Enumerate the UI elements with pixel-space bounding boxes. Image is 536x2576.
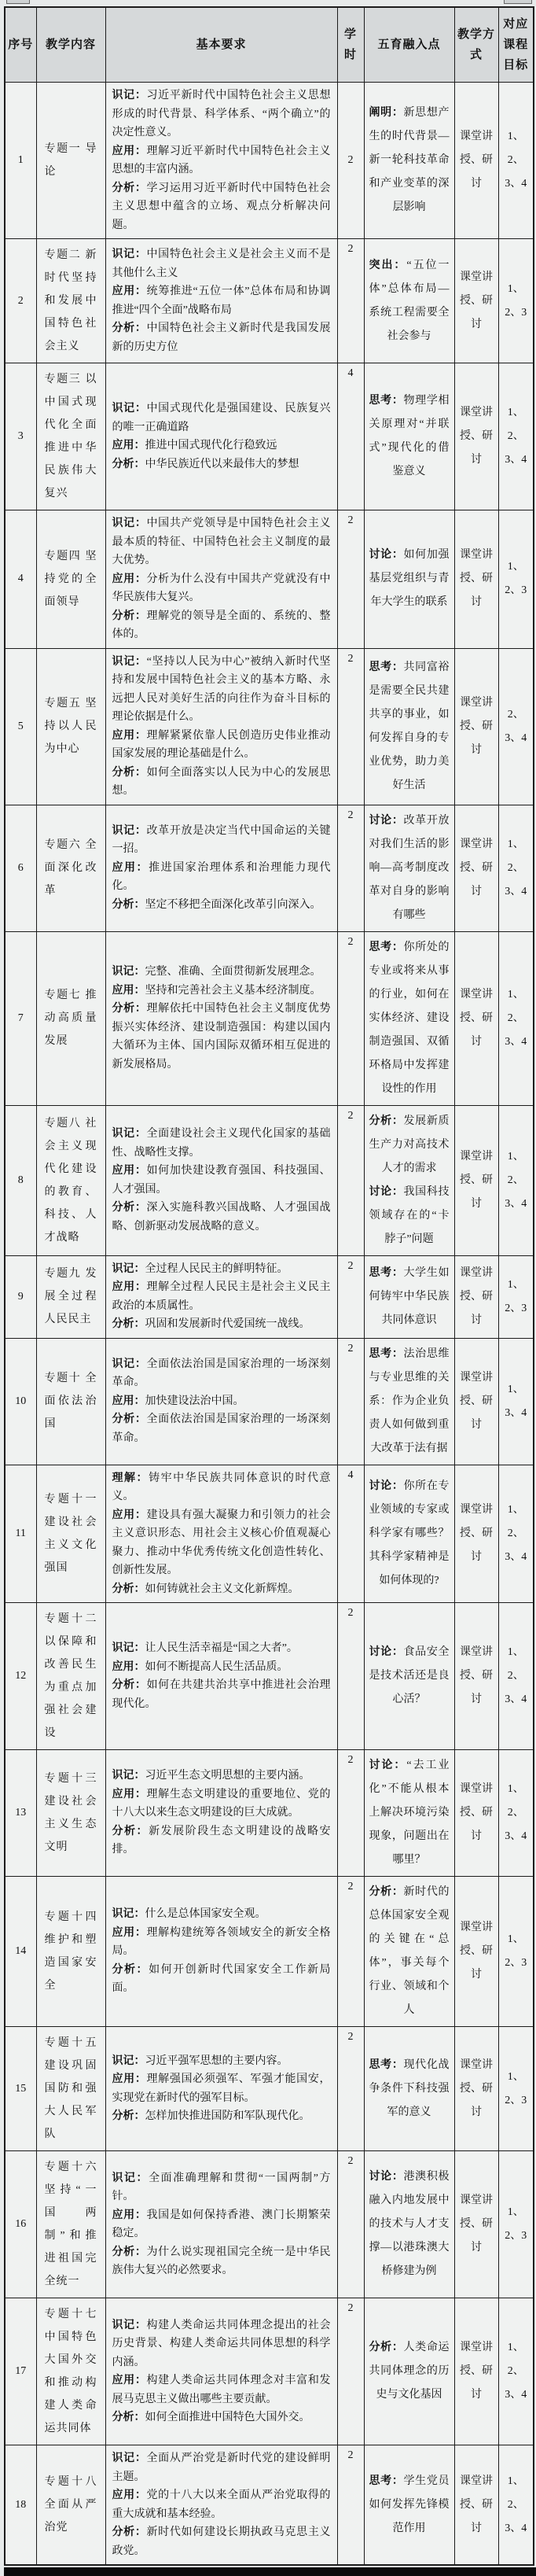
- topic-cell: 专题十一 建设社会主义文化强国: [36, 1465, 105, 1603]
- row-number-cell: 15: [5, 2027, 36, 2151]
- hours-cell: 2: [337, 1255, 364, 1338]
- header-serial-number: 序号: [5, 7, 36, 83]
- method-cell: 课堂讲授、研讨: [454, 363, 498, 510]
- row-number-cell: 12: [5, 1603, 36, 1750]
- topic-cell: 专题七 推动高质量发展: [36, 931, 105, 1105]
- method-cell: 课堂讲授、研讨: [454, 1105, 498, 1255]
- method-cell: 课堂讲授、研讨: [454, 2298, 498, 2445]
- five-edu-item: 突出：“五位一体”总体布局—系统工程需要全社会参与: [369, 254, 450, 348]
- method-cell: 课堂讲授、研讨: [454, 510, 498, 649]
- row-number-cell: 7: [5, 931, 36, 1105]
- hours-cell: 2: [337, 931, 364, 1105]
- requirements-cell: 识记：让人民生活幸福是“国之大者”。应用：如何不断提高人民生活品质。分析：如何在…: [105, 1603, 337, 1750]
- requirement-item: 分析：中国特色社会主义新时代是我国发展新的历史方位: [112, 319, 331, 356]
- requirement-item: 识记：习近平生态文明思想的主要内涵。: [112, 1767, 331, 1786]
- five-edu-item: 思考：大学生如何铸牢中华民族共同体意识: [369, 1262, 450, 1332]
- requirement-item: 识记：全面依法治国是国家治理的一场深刻革命。: [112, 1355, 331, 1392]
- topic-cell: 专题十四 维护和塑造国家安全: [36, 1877, 105, 2027]
- five-edu-cell: 分析：发展新质生产力对高技术人才的需求讨论：我国科技领域存在的“卡脖子”问题: [364, 1105, 454, 1255]
- requirement-item: 识记：习近平强军思想的主要内容。: [112, 2052, 331, 2071]
- topic-cell: 专题十八 全面从严治党: [36, 2445, 105, 2566]
- requirement-item: 应用：构建人类命运共同体理念对丰富和发展马克思主义做出哪些主要贡献。: [112, 2371, 331, 2408]
- hours-cell: 2: [337, 1105, 364, 1255]
- five-edu-cell: 讨论：“去工业化”不能从根本上解决环境污染现象，问题出在哪里？: [364, 1750, 454, 1877]
- header-teaching-content: 教学内容: [36, 7, 105, 83]
- requirement-item: 分析：新时代如何建设长期执政马克思主义政党。: [112, 2523, 331, 2560]
- requirement-item: 应用：坚持和完善社会主义基本经济制度。: [112, 982, 331, 1001]
- method-cell: 课堂讲授、研讨: [454, 648, 498, 805]
- requirements-cell: 识记：全面准确理解和贯彻“一国两制”方针。应用：我国是如何保持香港、澳门长期繁荣…: [105, 2151, 337, 2298]
- five-edu-item: 思考：学生党员如何发挥先锋模范作用: [369, 2470, 450, 2541]
- hours-cell: 2: [337, 1750, 364, 1877]
- requirement-item: 识记：“坚持以人民为中心”被纳入新时代坚持和发展中国特色社会主义的基本方略、永远…: [112, 653, 331, 727]
- five-edu-item: 思考：你所处的专业或将来从事的行业，如何在实体经济、建设制造强国、双循环格局中发…: [369, 936, 450, 1101]
- topic-cell: 专题六 全面深化改革: [36, 805, 105, 931]
- topic-cell: 专题十三 建设社会主义生态文明: [36, 1750, 105, 1877]
- requirements-cell: 识记：什么是总体国家安全观。应用：理解构建统筹各领域安全的新安全格局。分析：如何…: [105, 1877, 337, 2027]
- five-edu-item: 分析：人类命运共同体理念的历史与文化基因: [369, 2336, 450, 2407]
- five-edu-cell: 思考：法治思维与专业思维的关系：作为企业负责人如何做到重大改革于法有据: [364, 1338, 454, 1465]
- requirement-item: 应用：如何加快建设教育强国、科技强国、人才强国。: [112, 1162, 331, 1199]
- requirement-item: 识记：全过程人民民主的鲜明特征。: [112, 1260, 331, 1279]
- table-row: 14专题十四 维护和塑造国家安全识记：什么是总体国家安全观。应用：理解构建统筹各…: [5, 1877, 534, 2027]
- row-number-cell: 4: [5, 510, 36, 649]
- method-cell: 课堂讲授、研讨: [454, 2151, 498, 2298]
- table-row: 2专题二 新时代坚持和发展中国特色社会主义识记：中国特色社会主义是社会主义而不是…: [5, 239, 534, 363]
- requirement-item: 应用：分析为什么没有中国共产党就没有中华民族伟大复兴。: [112, 570, 331, 607]
- requirement-item: 应用：统筹推进“五位一体”总体布局和协调推进“四个全面”战略布局: [112, 282, 331, 319]
- goals-cell: 1、2、3: [498, 2027, 534, 2151]
- scanned-syllabus-page: 序号 教学内容 基本要求 学时 五育融入点 教学方式 对应课程目标 1专题一 导…: [0, 0, 536, 2576]
- topic-cell: 专题五 坚持以人民为中心: [36, 648, 105, 805]
- goals-cell: 1、2、3、4: [498, 1750, 534, 1877]
- requirement-item: 应用：理解习近平新时代中国特色社会主义思想的丰富内涵。: [112, 142, 331, 179]
- requirement-item: 应用：理解生态文明建设的重要地位、党的十八大以来生态文明建设的巨大成就。: [112, 1786, 331, 1822]
- header-course-goals: 对应课程目标: [498, 7, 534, 83]
- requirement-item: 应用：我国是如何保持香港、澳门长期繁荣稳定。: [112, 2206, 331, 2243]
- requirement-item: 识记：让人民生活幸福是“国之大者”。: [112, 1639, 331, 1658]
- requirements-cell: 识记：全面建设社会主义现代化国家的基础性、战略性支撑。应用：如何加快建设教育强国…: [105, 1105, 337, 1255]
- table-row: 9专题九 发展全过程人民民主识记：全过程人民民主的鲜明特征。应用：理解全过程人民…: [5, 1255, 534, 1338]
- hours-cell: 2: [337, 1877, 364, 2027]
- requirement-item: 分析：如何全面落实以人民为中心的发展思想。: [112, 764, 331, 801]
- requirement-item: 应用：加快建设法治中国。: [112, 1392, 331, 1411]
- requirements-cell: 识记：中国式现代化是强国建设、民族复兴的唯一正确道路应用：推进中国式现代化行稳致…: [105, 363, 337, 510]
- goals-cell: 1、2、3: [498, 239, 534, 363]
- requirement-item: 分析：如何全面推进中国特色大国外交。: [112, 2408, 331, 2427]
- five-edu-item: 讨论：“去工业化”不能从根本上解决环境污染现象，问题出在哪里？: [369, 1754, 450, 1872]
- five-edu-cell: 思考：共同富裕是需要全民共建共享的事业，如何发挥自身的专业优势，助力美好生活: [364, 648, 454, 805]
- requirement-item: 应用：推进国家治理体系和治理能力现代化。: [112, 859, 331, 896]
- five-edu-cell: 突出：“五位一体”总体布局—系统工程需要全社会参与: [364, 239, 454, 363]
- five-edu-item: 思考：现代化战争条件下科技强军的意义: [369, 2054, 450, 2125]
- goals-cell: 1、2、3、4: [498, 2445, 534, 2566]
- row-number-cell: 6: [5, 805, 36, 931]
- requirements-cell: 识记：习近平生态文明思想的主要内涵。应用：理解生态文明建设的重要地位、党的十八大…: [105, 1750, 337, 1877]
- five-edu-cell: 思考：现代化战争条件下科技强军的意义: [364, 2027, 454, 2151]
- hours-cell: 2: [337, 1603, 364, 1750]
- five-edu-cell: 思考：你所处的专业或将来从事的行业，如何在实体经济、建设制造强国、双循环格局中发…: [364, 931, 454, 1105]
- topic-cell: 专题十 全面依法治国: [36, 1338, 105, 1465]
- five-edu-cell: 思考：大学生如何铸牢中华民族共同体意识: [364, 1255, 454, 1338]
- method-cell: 课堂讲授、研讨: [454, 931, 498, 1105]
- table-row: 10专题十 全面依法治国识记：全面依法治国是国家治理的一场深刻革命。应用：加快建…: [5, 1338, 534, 1465]
- requirement-item: 应用：理解全过程人民民主是社会主义民主政治的本质属性。: [112, 1278, 331, 1315]
- table-row: 4专题四 坚持党的全面领导识记：中国共产党领导是中国特色社会主义最本质的特征、中…: [5, 510, 534, 649]
- five-edu-item: 阐明：新思想产生的时代背景—新一轮科技革命和产业变革的深层影响: [369, 101, 450, 219]
- requirement-item: 识记：中国共产党领导是中国特色社会主义最本质的特征、中国特色社会主义制度的最大优…: [112, 514, 331, 570]
- requirement-item: 分析：学习运用习近平新时代中国特色社会主义思想中蕴含的立场、观点分析解决问题。: [112, 179, 331, 235]
- goals-cell: 1、2、3、4: [498, 2298, 534, 2445]
- header-teaching-method: 教学方式: [454, 7, 498, 83]
- hours-cell: 2: [337, 2298, 364, 2445]
- requirement-item: 识记：什么是总体国家安全观。: [112, 1905, 331, 1924]
- five-edu-cell: 阐明：新思想产生的时代背景—新一轮科技革命和产业变革的深层影响: [364, 83, 454, 239]
- five-edu-item: 讨论：改革开放对我们生活的影响—高考制度改革对自身的影响有哪些: [369, 809, 450, 927]
- goals-cell: 1、2、3: [498, 510, 534, 649]
- requirement-item: 应用：党的十八大以来全面从严治党取得的重大成就和基本经验。: [112, 2486, 331, 2523]
- header-row: 序号 教学内容 基本要求 学时 五育融入点 教学方式 对应课程目标: [5, 7, 534, 83]
- goals-cell: 1、2、3、4: [498, 931, 534, 1105]
- topic-cell: 专题十六 坚持“一国两制”和推进祖国完全统一: [36, 2151, 105, 2298]
- requirement-item: 分析：巩固和发展新时代爱国统一战线。: [112, 1315, 331, 1334]
- five-edu-item: 思考：法治思维与专业思维的关系：作为企业负责人如何做到重大改革于法有据: [369, 1343, 450, 1461]
- five-edu-cell: 分析：新时代的总体国家安全观的关键在“总体”，事关每个行业、领域和个人: [364, 1877, 454, 2027]
- requirement-item: 识记：改革开放是决定当代中国命运的关键一招。: [112, 822, 331, 859]
- requirement-item: 识记：中国特色社会主义是社会主义而不是其他什么主义: [112, 245, 331, 282]
- five-edu-cell: 思考：学生党员如何发挥先锋模范作用: [364, 2445, 454, 2566]
- five-edu-item: 讨论：如何加强基层党组织与青年大学生的联系: [369, 544, 450, 614]
- requirements-cell: 识记：全面从严治党是新时代党的建设鲜明主题。应用：党的十八大以来全面从严治党取得…: [105, 2445, 337, 2566]
- requirements-cell: 识记：全过程人民民主的鲜明特征。应用：理解全过程人民民主是社会主义民主政治的本质…: [105, 1255, 337, 1338]
- five-edu-item: 讨论：你所在专业领域的专家或科学家有哪些？其科学家精神是如何体现的?: [369, 1475, 450, 1593]
- five-edu-cell: 讨论：食品安全是技术活还是良心活？: [364, 1603, 454, 1750]
- hours-cell: 2: [337, 805, 364, 931]
- method-cell: 课堂讲授、研讨: [454, 1603, 498, 1750]
- row-number-cell: 11: [5, 1465, 36, 1603]
- hours-cell: 2: [337, 83, 364, 239]
- method-cell: 课堂讲授、研讨: [454, 1338, 498, 1465]
- header-basic-requirements: 基本要求: [105, 7, 337, 83]
- requirement-item: 分析：如何铸就社会主义文化新辉煌。: [112, 1580, 331, 1599]
- topic-cell: 专题十七 中国特色大国外交和推动构建人类命运共同体: [36, 2298, 105, 2445]
- method-cell: 课堂讲授、研讨: [454, 2445, 498, 2566]
- hours-cell: 2: [337, 510, 364, 649]
- requirements-cell: 识记：完整、准确、全面贯彻新发展理念。应用：坚持和完善社会主义基本经济制度。分析…: [105, 931, 337, 1105]
- hours-cell: 2: [337, 1338, 364, 1465]
- five-edu-cell: 讨论：你所在专业领域的专家或科学家有哪些？其科学家精神是如何体现的?: [364, 1465, 454, 1603]
- goals-cell: 2、3、4: [498, 648, 534, 805]
- method-cell: 课堂讲授、研讨: [454, 2027, 498, 2151]
- table-row: 8专题八 社会主义现代化建设的教育、科技、人才战略识记：全面建设社会主义现代化国…: [5, 1105, 534, 1255]
- syllabus-table: 序号 教学内容 基本要求 学时 五育融入点 教学方式 对应课程目标 1专题一 导…: [4, 6, 534, 2566]
- five-edu-item: 讨论：港澳积极融入内地发展中的技术与人才支撑—以港珠澳大桥修建为例: [369, 2165, 450, 2283]
- goals-cell: 1、2、3、4: [498, 1465, 534, 1603]
- requirement-item: 应用：建设具有强大凝聚力和引领力的社会主义意识形态、用社会主义核心价值观凝心聚力…: [112, 1506, 331, 1580]
- hours-cell: 2: [337, 2027, 364, 2151]
- hours-cell: 2: [337, 2151, 364, 2298]
- table-row: 11专题十一 建设社会主义文化强国理解：铸牢中华民族共同体意识的时代意义。应用：…: [5, 1465, 534, 1603]
- requirements-cell: 识记：中国共产党领导是中国特色社会主义最本质的特征、中国特色社会主义制度的最大优…: [105, 510, 337, 649]
- requirements-cell: 识记：构建人类命运共同体理念提出的社会历史背景、构建人类命运共同体思想的科学内涵…: [105, 2298, 337, 2445]
- hours-cell: 2: [337, 2445, 364, 2566]
- requirement-item: 识记：全面建设社会主义现代化国家的基础性、战略性支撑。: [112, 1125, 331, 1162]
- requirement-item: 识记：全面准确理解和贯彻“一国两制”方针。: [112, 2169, 331, 2206]
- page-top-remnant-left: [6, 0, 30, 4]
- goals-cell: 1、2、3、4: [498, 1105, 534, 1255]
- topic-cell: 专题九 发展全过程人民民主: [36, 1255, 105, 1338]
- requirement-item: 应用：理解紧紧依靠人民创造历史伟业推动国家发展的理论基础是什么。: [112, 727, 331, 764]
- method-cell: 课堂讲授、研讨: [454, 805, 498, 931]
- goals-cell: 1、2、3: [498, 1255, 534, 1338]
- row-number-cell: 17: [5, 2298, 36, 2445]
- hours-cell: 2: [337, 239, 364, 363]
- requirement-item: 应用：理解构建统筹各领域安全的新安全格局。: [112, 1924, 331, 1961]
- requirement-item: 分析：如何开创新时代国家安全工作新局面。: [112, 1961, 331, 1998]
- requirement-item: 分析：新发展阶段生态文明建设的战略安排。: [112, 1822, 331, 1859]
- table-row: 6专题六 全面深化改革识记：改革开放是决定当代中国命运的关键一招。应用：推进国家…: [5, 805, 534, 931]
- table-header: 序号 教学内容 基本要求 学时 五育融入点 教学方式 对应课程目标: [5, 7, 534, 83]
- topic-cell: 专题三 以中国式现代化全面推进中华民族伟大复兴: [36, 363, 105, 510]
- table-row: 13专题十三 建设社会主义生态文明识记：习近平生态文明思想的主要内涵。应用：理解…: [5, 1750, 534, 1877]
- goals-cell: 1、2、3、4: [498, 83, 534, 239]
- row-number-cell: 5: [5, 648, 36, 805]
- requirement-item: 应用：推进中国式现代化行稳致远: [112, 437, 331, 455]
- five-edu-cell: 分析：人类命运共同体理念的历史与文化基因: [364, 2298, 454, 2445]
- requirement-item: 分析：坚定不移把全面深化改革引向深入。: [112, 896, 331, 915]
- table-row: 3专题三 以中国式现代化全面推进中华民族伟大复兴识记：中国式现代化是强国建设、民…: [5, 363, 534, 510]
- five-edu-item: 分析：新时代的总体国家安全观的关键在“总体”，事关每个行业、领域和个人: [369, 1881, 450, 2022]
- requirement-item: 分析：理解依托中国特色社会主义制度优势振兴实体经济、建设制造强国：构建以国内大循…: [112, 1000, 331, 1074]
- topic-cell: 专题十二 以保障和改善民生为重点加强社会建设: [36, 1603, 105, 1750]
- goals-cell: 1、3、4: [498, 1338, 534, 1465]
- five-edu-cell: 讨论：港澳积极融入内地发展中的技术与人才支撑—以港珠澳大桥修建为例: [364, 2151, 454, 2298]
- five-edu-cell: 讨论：改革开放对我们生活的影响—高考制度改革对自身的影响有哪些: [364, 805, 454, 931]
- table-row: 1专题一 导论识记：习近平新时代中国特色社会主义思想形成的时代背景、科学体系、“…: [5, 83, 534, 239]
- page-top-remnant-right: [504, 0, 532, 4]
- topic-cell: 专题二 新时代坚持和发展中国特色社会主义: [36, 239, 105, 363]
- five-edu-cell: 讨论：如何加强基层党组织与青年大学生的联系: [364, 510, 454, 649]
- requirement-item: 分析：如何在共建共治共享中推进社会治理现代化。: [112, 1676, 331, 1713]
- topic-cell: 专题一 导论: [36, 83, 105, 239]
- row-number-cell: 13: [5, 1750, 36, 1877]
- row-number-cell: 2: [5, 239, 36, 363]
- five-edu-item: 讨论：我国科技领域存在的“卡脖子”问题: [369, 1181, 450, 1251]
- goals-cell: 1、2、3、4: [498, 363, 534, 510]
- five-edu-item: 思考：物理学相关原理对“并联式”现代化的借鉴意义: [369, 389, 450, 484]
- requirement-item: 识记：构建人类命运共同体理念提出的社会历史背景、构建人类命运共同体思想的科学内涵…: [112, 2316, 331, 2372]
- row-number-cell: 8: [5, 1105, 36, 1255]
- requirements-cell: 识记：改革开放是决定当代中国命运的关键一招。应用：推进国家治理体系和治理能力现代…: [105, 805, 337, 931]
- page-bottom-edge: [4, 2567, 536, 2576]
- five-edu-item: 思考：共同富裕是需要全民共建共享的事业，如何发挥自身的专业优势，助力美好生活: [369, 656, 450, 798]
- requirements-cell: 理解：铸牢中华民族共同体意识的时代意义。应用：建设具有强大凝聚力和引领力的社会主…: [105, 1465, 337, 1603]
- method-cell: 课堂讲授、研讨: [454, 1255, 498, 1338]
- requirement-item: 理解：铸牢中华民族共同体意识的时代意义。: [112, 1469, 331, 1506]
- table-row: 7专题七 推动高质量发展识记：完整、准确、全面贯彻新发展理念。应用：坚持和完善社…: [5, 931, 534, 1105]
- method-cell: 课堂讲授、研讨: [454, 83, 498, 239]
- row-number-cell: 3: [5, 363, 36, 510]
- table-row: 5专题五 坚持以人民为中心识记：“坚持以人民为中心”被纳入新时代坚持和发展中国特…: [5, 648, 534, 805]
- method-cell: 课堂讲授、研讨: [454, 1465, 498, 1603]
- requirement-item: 应用：理解强国必须强军、军强才能国安，实现党在新时代的强军目标。: [112, 2070, 331, 2107]
- header-five-edu-points: 五育融入点: [364, 7, 454, 83]
- requirement-item: 分析：为什么说实现祖国完全统一是中华民族伟大复兴的必然要求。: [112, 2243, 331, 2280]
- five-edu-item: 讨论：食品安全是技术活还是良心活？: [369, 1641, 450, 1712]
- requirements-cell: 识记：全面依法治国是国家治理的一场深刻革命。应用：加快建设法治中国。分析：全面依…: [105, 1338, 337, 1465]
- requirement-item: 分析：全面依法治国是国家治理的一场深刻革命。: [112, 1410, 331, 1447]
- goals-cell: 1、2、3: [498, 2151, 534, 2298]
- table-body: 1专题一 导论识记：习近平新时代中国特色社会主义思想形成的时代背景、科学体系、“…: [5, 83, 534, 2566]
- requirement-item: 分析：怎样加快推进国防和军队现代化。: [112, 2107, 331, 2126]
- hours-cell: 4: [337, 363, 364, 510]
- requirements-cell: 识记：“坚持以人民为中心”被纳入新时代坚持和发展中国特色社会主义的基本方略、永远…: [105, 648, 337, 805]
- row-number-cell: 1: [5, 83, 36, 239]
- table-row: 12专题十二 以保障和改善民生为重点加强社会建设识记：让人民生活幸福是“国之大者…: [5, 1603, 534, 1750]
- requirement-item: 识记：全面从严治党是新时代党的建设鲜明主题。: [112, 2449, 331, 2486]
- goals-cell: 1、2、3: [498, 1877, 534, 2027]
- hours-cell: 4: [337, 1465, 364, 1603]
- table-row: 18专题十八 全面从严治党识记：全面从严治党是新时代党的建设鲜明主题。应用：党的…: [5, 2445, 534, 2566]
- requirement-item: 分析：理解党的领导是全面的、系统的、整体的。: [112, 607, 331, 644]
- five-edu-cell: 思考：物理学相关原理对“并联式”现代化的借鉴意义: [364, 363, 454, 510]
- five-edu-item: 分析：发展新质生产力对高技术人才的需求: [369, 1110, 450, 1181]
- method-cell: 课堂讲授、研讨: [454, 1750, 498, 1877]
- row-number-cell: 14: [5, 1877, 36, 2027]
- row-number-cell: 9: [5, 1255, 36, 1338]
- goals-cell: 1、2、3、4: [498, 1603, 534, 1750]
- requirement-item: 分析：深入实施科教兴国战略、人才强国战略、创新驱动发展战略的意义。: [112, 1199, 331, 1236]
- method-cell: 课堂讲授、研讨: [454, 239, 498, 363]
- requirement-item: 分析：中华民族近代以来最伟大的梦想: [112, 455, 331, 474]
- topic-cell: 专题八 社会主义现代化建设的教育、科技、人才战略: [36, 1105, 105, 1255]
- requirements-cell: 识记：中国特色社会主义是社会主义而不是其他什么主义应用：统筹推进“五位一体”总体…: [105, 239, 337, 363]
- method-cell: 课堂讲授、研讨: [454, 1877, 498, 2027]
- table-row: 17专题十七 中国特色大国外交和推动构建人类命运共同体识记：构建人类命运共同体理…: [5, 2298, 534, 2445]
- row-number-cell: 10: [5, 1338, 36, 1465]
- requirements-cell: 识记：习近平新时代中国特色社会主义思想形成的时代背景、科学体系、“两个确立”的决…: [105, 83, 337, 239]
- row-number-cell: 16: [5, 2151, 36, 2298]
- goals-cell: 1、2、3、4: [498, 805, 534, 931]
- requirement-item: 识记：完整、准确、全面贯彻新发展理念。: [112, 963, 331, 982]
- topic-cell: 专题十五 建设巩固国防和强大人民军队: [36, 2027, 105, 2151]
- table-row: 16专题十六 坚持“一国两制”和推进祖国完全统一识记：全面准确理解和贯彻“一国两…: [5, 2151, 534, 2298]
- requirement-item: 识记：中国式现代化是强国建设、民族复兴的唯一正确道路: [112, 400, 331, 437]
- hours-cell: 2: [337, 648, 364, 805]
- header-class-hours: 学时: [337, 7, 364, 83]
- row-number-cell: 18: [5, 2445, 36, 2566]
- topic-cell: 专题四 坚持党的全面领导: [36, 510, 105, 649]
- requirements-cell: 识记：习近平强军思想的主要内容。应用：理解强国必须强军、军强才能国安，实现党在新…: [105, 2027, 337, 2151]
- requirement-item: 应用：如何不断提高人民生活品质。: [112, 1658, 331, 1677]
- requirement-item: 识记：习近平新时代中国特色社会主义思想形成的时代背景、科学体系、“两个确立”的决…: [112, 87, 331, 142]
- table-row: 15专题十五 建设巩固国防和强大人民军队识记：习近平强军思想的主要内容。应用：理…: [5, 2027, 534, 2151]
